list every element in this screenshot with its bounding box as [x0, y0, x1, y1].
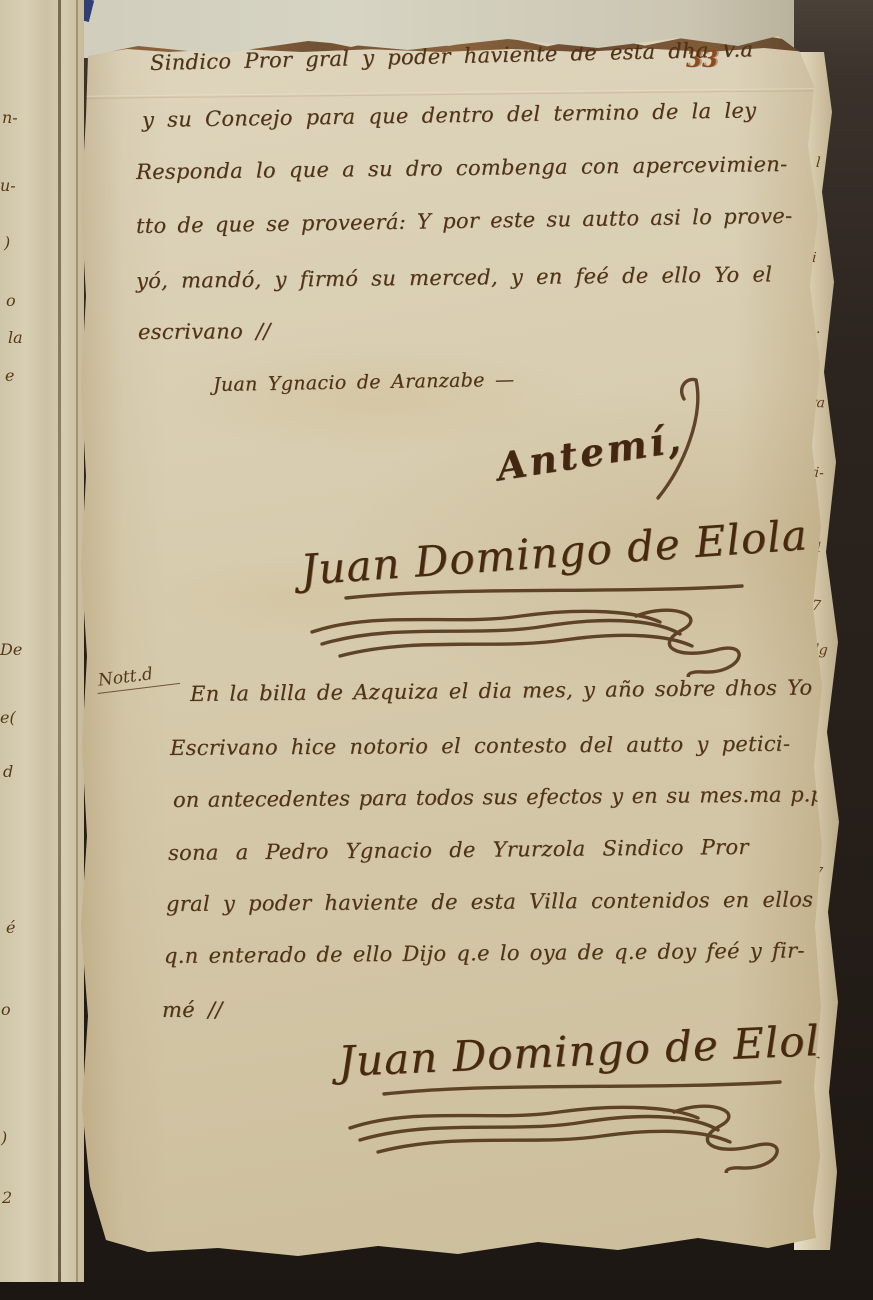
edge-fragment: De [0, 640, 22, 659]
edge-fragment: e( [0, 708, 16, 727]
manuscript-line: En la billa de Azquiza el dia mes, y año… [190, 675, 842, 706]
edge-fragment: e [5, 366, 14, 385]
manuscript-line: Responda lo que a su dro combenga con ap… [136, 152, 788, 184]
edge-fragment: u- [0, 176, 16, 195]
manuscript-line: sona a Pedro Ygnacio de Yrurzola Sindico… [168, 835, 749, 865]
manuscript-line: q.n enterado de ello Dijo q.e lo oya de … [164, 938, 805, 968]
book-gutter-crease [76, 0, 78, 1282]
edge-fragment: la [8, 328, 23, 347]
manuscript-page: 33 Sindico Pror gral y poder haviente de… [78, 26, 824, 1268]
manuscript-line: yó, mandó, y firmó su merced, y en feé d… [136, 262, 772, 293]
margin-note: Nott.d [95, 661, 180, 694]
scribe-attribution: Juan Ygnacio de Aranzabe — [213, 369, 515, 396]
edge-fragment: d [3, 762, 13, 781]
edge-fragment: n- [2, 108, 18, 127]
manuscript-photo: l i · ra ri- 1 7 alg i- 7 r n- u- ) o la… [0, 0, 873, 1300]
manuscript-line: tto de que se proveerá: Y por este su au… [136, 204, 793, 238]
manuscript-line: y su Concejo para que dentro del termino… [142, 98, 757, 132]
manuscript-line: escrivano // [138, 319, 271, 344]
manuscript-line: on antecedentes para todos sus efectos y… [173, 782, 873, 812]
signature-rubric-flourish [344, 1078, 814, 1173]
signature-juan-domingo-de-elola: Juan Domingo de Elola [337, 1015, 847, 1086]
paper-crease [82, 88, 816, 99]
edge-fragment: o [6, 291, 16, 310]
edge-fragment: o [1, 1000, 11, 1019]
manuscript-line: mé // [162, 998, 223, 1022]
previous-pages-stack: n- u- ) o la e De e( d é o ) 2 [0, 0, 84, 1282]
book-gutter-crease [58, 0, 61, 1282]
edge-fragment: ) [4, 233, 10, 252]
edge-fragment: 2 [2, 1188, 12, 1207]
signature-rubric-flourish [306, 582, 776, 677]
edge-fragment: é [6, 918, 15, 937]
manuscript-line: Escrivano hice notorio el contesto del a… [170, 732, 790, 760]
manuscript-line: gral y poder haviente de esta Villa cont… [166, 887, 813, 916]
edge-fragment: ) [1, 1128, 7, 1147]
